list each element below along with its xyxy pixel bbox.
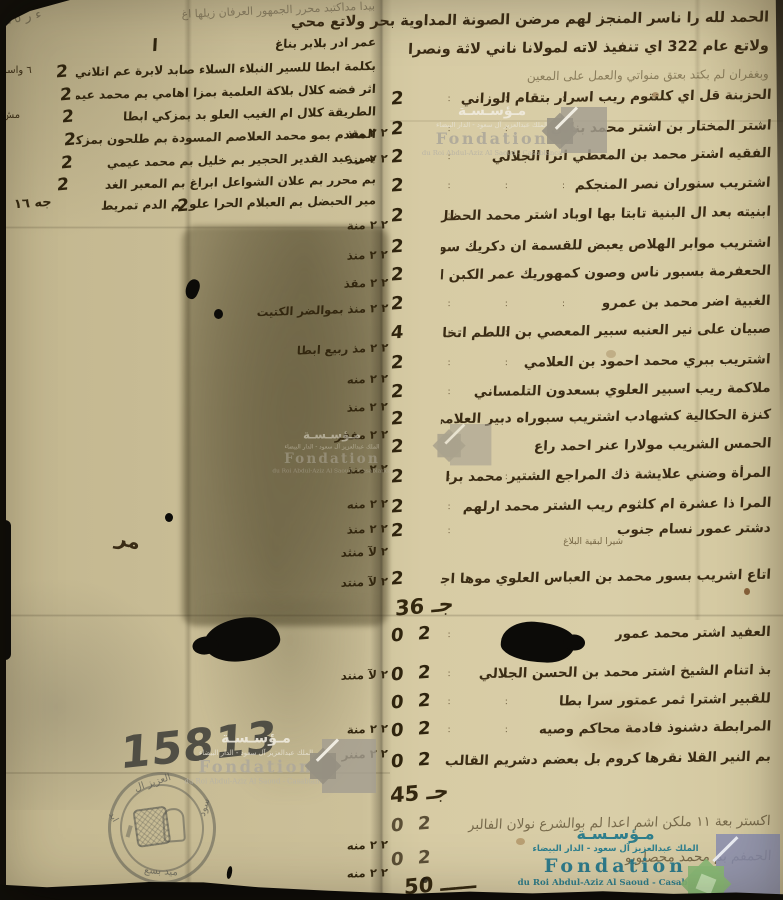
manuscript-line: 2 مير الحبضل بم العبلام الحرا علو بم الد… <box>4 196 386 220</box>
margin-annotation: ٢ ٢ منه <box>347 371 389 386</box>
line-value: 2 <box>390 204 408 226</box>
line-text: الحزبنة قل اي كلنتوم ريب اسرار بتقام الو… <box>460 87 771 107</box>
line-value: ا <box>151 36 158 56</box>
manuscript-line: 2 اتاع اشريب بسور محمد بن العباس العلوي … <box>388 568 773 594</box>
manuscript-line: 0 2 ∶ ∶ للقبير اشترا ثمر عمتور سرا بطا <box>388 691 773 717</box>
line-value: 2 <box>390 435 408 457</box>
manuscript-line: 2 الحعفرمة بسبور ناس وصون كمهوريك عمر ال… <box>388 264 773 290</box>
margin-annotation: ٢ ٢ منذ <box>347 247 388 262</box>
ink-dot <box>165 513 173 522</box>
manuscript-line: 2 كنزة الحكالية كشهادب اشتريب سبوراه دبي… <box>388 408 773 434</box>
manuscript-line: 0 2 اكستر بعة ١١ ملكن اشم اعدا لم بوالشر… <box>388 814 773 840</box>
manuscript-line: 2 ∶ ∶ ∶ الحزبنة قل اي كلنتوم ريب اسرار ب… <box>388 88 773 114</box>
seal-arch <box>162 807 186 842</box>
scan-edge-left <box>0 0 6 900</box>
manuscript-line: 2 الحمس الشريب مولارا عنر احمد راع <box>388 436 773 462</box>
line-text: ملاكمة ريب اسبير العلوي بسعدون التلمساني <box>474 380 772 400</box>
line-text: اثر فضه كلال بلاكة العلمية بمزا اهامي بم… <box>76 82 377 102</box>
line-dots: ∶ ∶ <box>448 726 534 736</box>
ink-dot <box>214 309 223 319</box>
line-dots: ∶ <box>448 388 476 398</box>
line-value: 0 2 <box>390 847 435 871</box>
manuscript-line: 2 ∶ الفقيه اشتر محمد بن المعطي انرا الجل… <box>388 146 773 172</box>
line-text: المرابطة دشنوذ فادمة محاكم وصيه <box>538 718 771 737</box>
line-note: شيرا لبقية البلاغ <box>563 537 623 547</box>
margin-annotation: ٢ ٢ منذ <box>347 521 388 536</box>
manuscript-line: 0 2 الحمفم بم محمد محصلوبو <box>388 848 773 874</box>
seal-rim-text: سود <box>197 797 213 817</box>
margin-annotation: ٢ ٢ مننر <box>342 746 389 762</box>
line-text: بمر عبد القدير الحجير بم خليل بم محمد عي… <box>106 150 376 170</box>
line-dots: ∶ ∶ ∶ <box>448 300 591 310</box>
line-value: 2 <box>390 174 408 196</box>
line-value: 2 <box>60 153 73 174</box>
line-text: بكلمة ابطا للسير النبلاء السلاء صابد لاب… <box>76 59 377 79</box>
margin-annotation: ٢ ٢ منه <box>347 837 389 852</box>
horizontal-crease <box>0 772 390 774</box>
line-value: 0 2 <box>390 749 435 773</box>
line-value: 2 <box>390 380 408 402</box>
line-value: 2 <box>390 117 408 139</box>
line-value: 2 <box>390 235 408 257</box>
margin-annotation: ٢ ٢ منة <box>347 217 389 232</box>
line-text: بم محرر بم علان الشواعل ابراغ بم المعبر … <box>105 172 377 192</box>
line-dots: ∶ <box>448 527 476 537</box>
manuscript-line: ا عمر ادر بلابر بناغ <box>4 36 386 60</box>
line-dots: ∶ <box>448 631 476 641</box>
horizontal-crease <box>0 614 783 617</box>
line-value: 2 <box>390 407 408 429</box>
line-text: للقبير اشترا ثمر عمتور سرا بطا <box>559 691 772 710</box>
manuscript-line: 2 اشتريب موابر الهلاص يعبض للقسمة ان دكر… <box>388 236 773 262</box>
line-value: 0 2 <box>390 662 435 686</box>
line-value: 2 <box>61 107 74 128</box>
manuscript-line: 2 ∶ ∶ اشتريب ببري محمد احمود بن العلامي <box>388 352 773 378</box>
line-text: المقدم بمو محمد العلاصم المسودة بم طلحون… <box>76 127 377 147</box>
line-text: اشتر المختار بن اشتر محمد بناني <box>550 117 771 136</box>
line-value: 0 2 <box>390 623 435 647</box>
line-value: 2 <box>390 351 408 373</box>
line-text: كنزة الحكالية كشهادب اشتريب سبوراه دبير … <box>441 407 772 428</box>
line-dots: ∶ ∶ <box>448 698 534 708</box>
line-text: بذ اتنام الشيخ اشتر محمد بن الحسن الجلال… <box>478 662 771 682</box>
line-value: 2 <box>56 175 69 196</box>
line-text: مير الحبضل بم العبلام الحرا علو بم الدم … <box>101 193 377 213</box>
line-text: المرأة وضني علايشة ذك المراجع الشتير محم… <box>441 465 772 486</box>
line-value: 2 <box>390 495 408 517</box>
line-value: 0 2 <box>390 813 435 837</box>
margin-annotation: ٢ لآ منثد <box>341 544 389 560</box>
left-sum-note: جه ١٦ <box>14 195 53 213</box>
manuscript-line: 2 ∶ ∶ ∶ اشتريب سنوران نصر المنجكم <box>388 175 773 201</box>
line-value: 2 <box>390 292 408 314</box>
margin-annotation: ٢ ٢ منذ <box>347 399 388 414</box>
line-text: العفيد اشتر محمد عمور <box>615 624 772 642</box>
manuscript-line: 0 2 ∶ ∶ بذ اتنام الشيخ اشتر محمد بن الحس… <box>388 663 773 689</box>
line-text: دشتر عمور نسام جنوب <box>617 520 772 538</box>
margin-annotation: ٢ ٢ منذ <box>347 461 388 476</box>
margin-annotation: ٢ ٢ منذ <box>347 125 388 140</box>
line-text: المرا ذا عشرة ام كلثوم ريب الشتر محمد ار… <box>462 495 771 515</box>
line-text: اشتريب موابر الهلاص يعبض للقسمة ان دكريك… <box>441 235 772 256</box>
line-text: الطريقة كلال ام الغيب العلو بد بمزكي ابط… <box>123 104 377 123</box>
manuscript-line: 2 ∶ ملاكمة ريب اسبير العلوي بسعدون التلم… <box>388 381 773 407</box>
manuscript-scan: بيدا مداكتبد محرر الجمهور العرفان زيلها … <box>0 0 783 900</box>
header-line: وبغفران لم بكتد بعتق منواتي والعمل على ا… <box>527 67 769 84</box>
line-value: 2 <box>59 85 72 106</box>
manuscript-line: 4 ∶ ∶ صبيان على نير العنبه سبير المعصي ب… <box>388 322 773 348</box>
line-text: الحمس الشريب مولارا عنر احمد راع <box>533 435 771 454</box>
line-text: عمر ادر بلابر بناغ <box>275 35 377 51</box>
line-dots: ∶ ∶ <box>448 359 534 369</box>
line-value: 0 2 <box>390 690 435 714</box>
line-dots: ∶ ∶ ∶ <box>448 182 591 192</box>
margin-note: ٦ واسد <box>2 65 32 76</box>
line-text: اتاع اشريب بسور محمد بن العباس العلوي مو… <box>441 567 772 588</box>
line-value: 2 <box>390 519 408 541</box>
line-text: الفقيه اشتر محمد بن المعطي انرا الجلالي <box>491 145 771 165</box>
line-text: صبيان على نير العنبه سبير المعصي بن اللط… <box>441 321 772 342</box>
horizontal-crease <box>0 226 385 229</box>
line-text: اشتريب ببري محمد احمود بن العلامي <box>524 351 771 370</box>
margin-annotation: ٢ ٢ مففر <box>335 427 389 443</box>
line-text: ابنيته بعد ال البنية تابتا بها اوباد اشت… <box>441 204 772 225</box>
ink-dot <box>422 877 428 883</box>
line-value: 2 <box>390 87 408 109</box>
line-dots: ∶ <box>448 153 476 163</box>
manuscript-line: 2 ∶ ∶ المرأة وضني علايشة ذك المراجع الشت… <box>388 466 773 492</box>
manuscript-line: 2 ∶ ابنيته بعد ال البنية تابتا بها اوباد… <box>388 205 773 231</box>
manuscript-line: 0 2 ∶ ∶ المرابطة دشنوذ فادمة محاكم وصيه <box>388 719 773 745</box>
seal-rim-text: ميد بسع <box>144 865 179 878</box>
margin-annotation: ٢ ٢ منه <box>347 496 389 511</box>
manuscript-line: 2 ∶ ∶ ∶ الغبية اضر محمد بن عمرو <box>388 293 773 319</box>
line-text: بم النير القلا نقرها كروم بل بعضم دشريم … <box>441 749 772 770</box>
line-text: الغبية اضر محمد بن عمرو <box>602 293 772 311</box>
manuscript-line: 2 ∶ شيرا لبقية البلاغ دشتر عمور نسام جنو… <box>388 520 773 546</box>
line-value: 2 <box>55 62 68 83</box>
section-total: جـ 45 <box>390 778 449 807</box>
margin-annotation: ٢ ٢ منذ <box>347 151 388 166</box>
margin-annotation: ٢ ٢ مقذ <box>343 275 388 291</box>
margin-annotation: ٢ لآ منتد <box>341 574 389 590</box>
scan-edge-left-bulge <box>0 520 11 660</box>
line-value: 2 <box>390 465 408 487</box>
line-value: 0 2 <box>390 718 435 742</box>
line-text: الحمفم بم محمد محصلوبو <box>624 848 771 866</box>
line-text: اشتريب سنوران نصر المنجكم <box>575 175 772 194</box>
line-text: اكستر بعة ١١ ملكن اشم اعدا لم بوالشرع نو… <box>468 813 771 833</box>
line-value: 2 <box>63 130 76 151</box>
line-value: 2 <box>390 263 408 285</box>
line-value: 2 <box>390 145 408 167</box>
manuscript-line: 2 ∶ ∶ اشتر المختار بن اشتر محمد بناني <box>388 118 773 144</box>
manuscript-line: 0 2 بم النير القلا نقرها كروم بل بعضم دش… <box>388 750 773 776</box>
line-dots: ∶ ∶ <box>448 125 534 135</box>
margin-annotation: ٢ ٢ منه <box>347 865 389 880</box>
margin-annotation: ٢ لآ منند <box>341 667 389 683</box>
line-value: 4 <box>390 321 408 343</box>
line-text: الحعفرمة بسبور ناس وصون كمهوريك عمر الكب… <box>441 263 772 284</box>
manuscript-line: 2 ∶ المرا ذا عشرة ام كلثوم ريب الشتر محم… <box>388 496 773 522</box>
margin-annotation: ٢ ٢ منة <box>347 721 389 736</box>
section-total: جـ 36 <box>395 591 454 620</box>
line-value: 2 <box>390 567 408 589</box>
